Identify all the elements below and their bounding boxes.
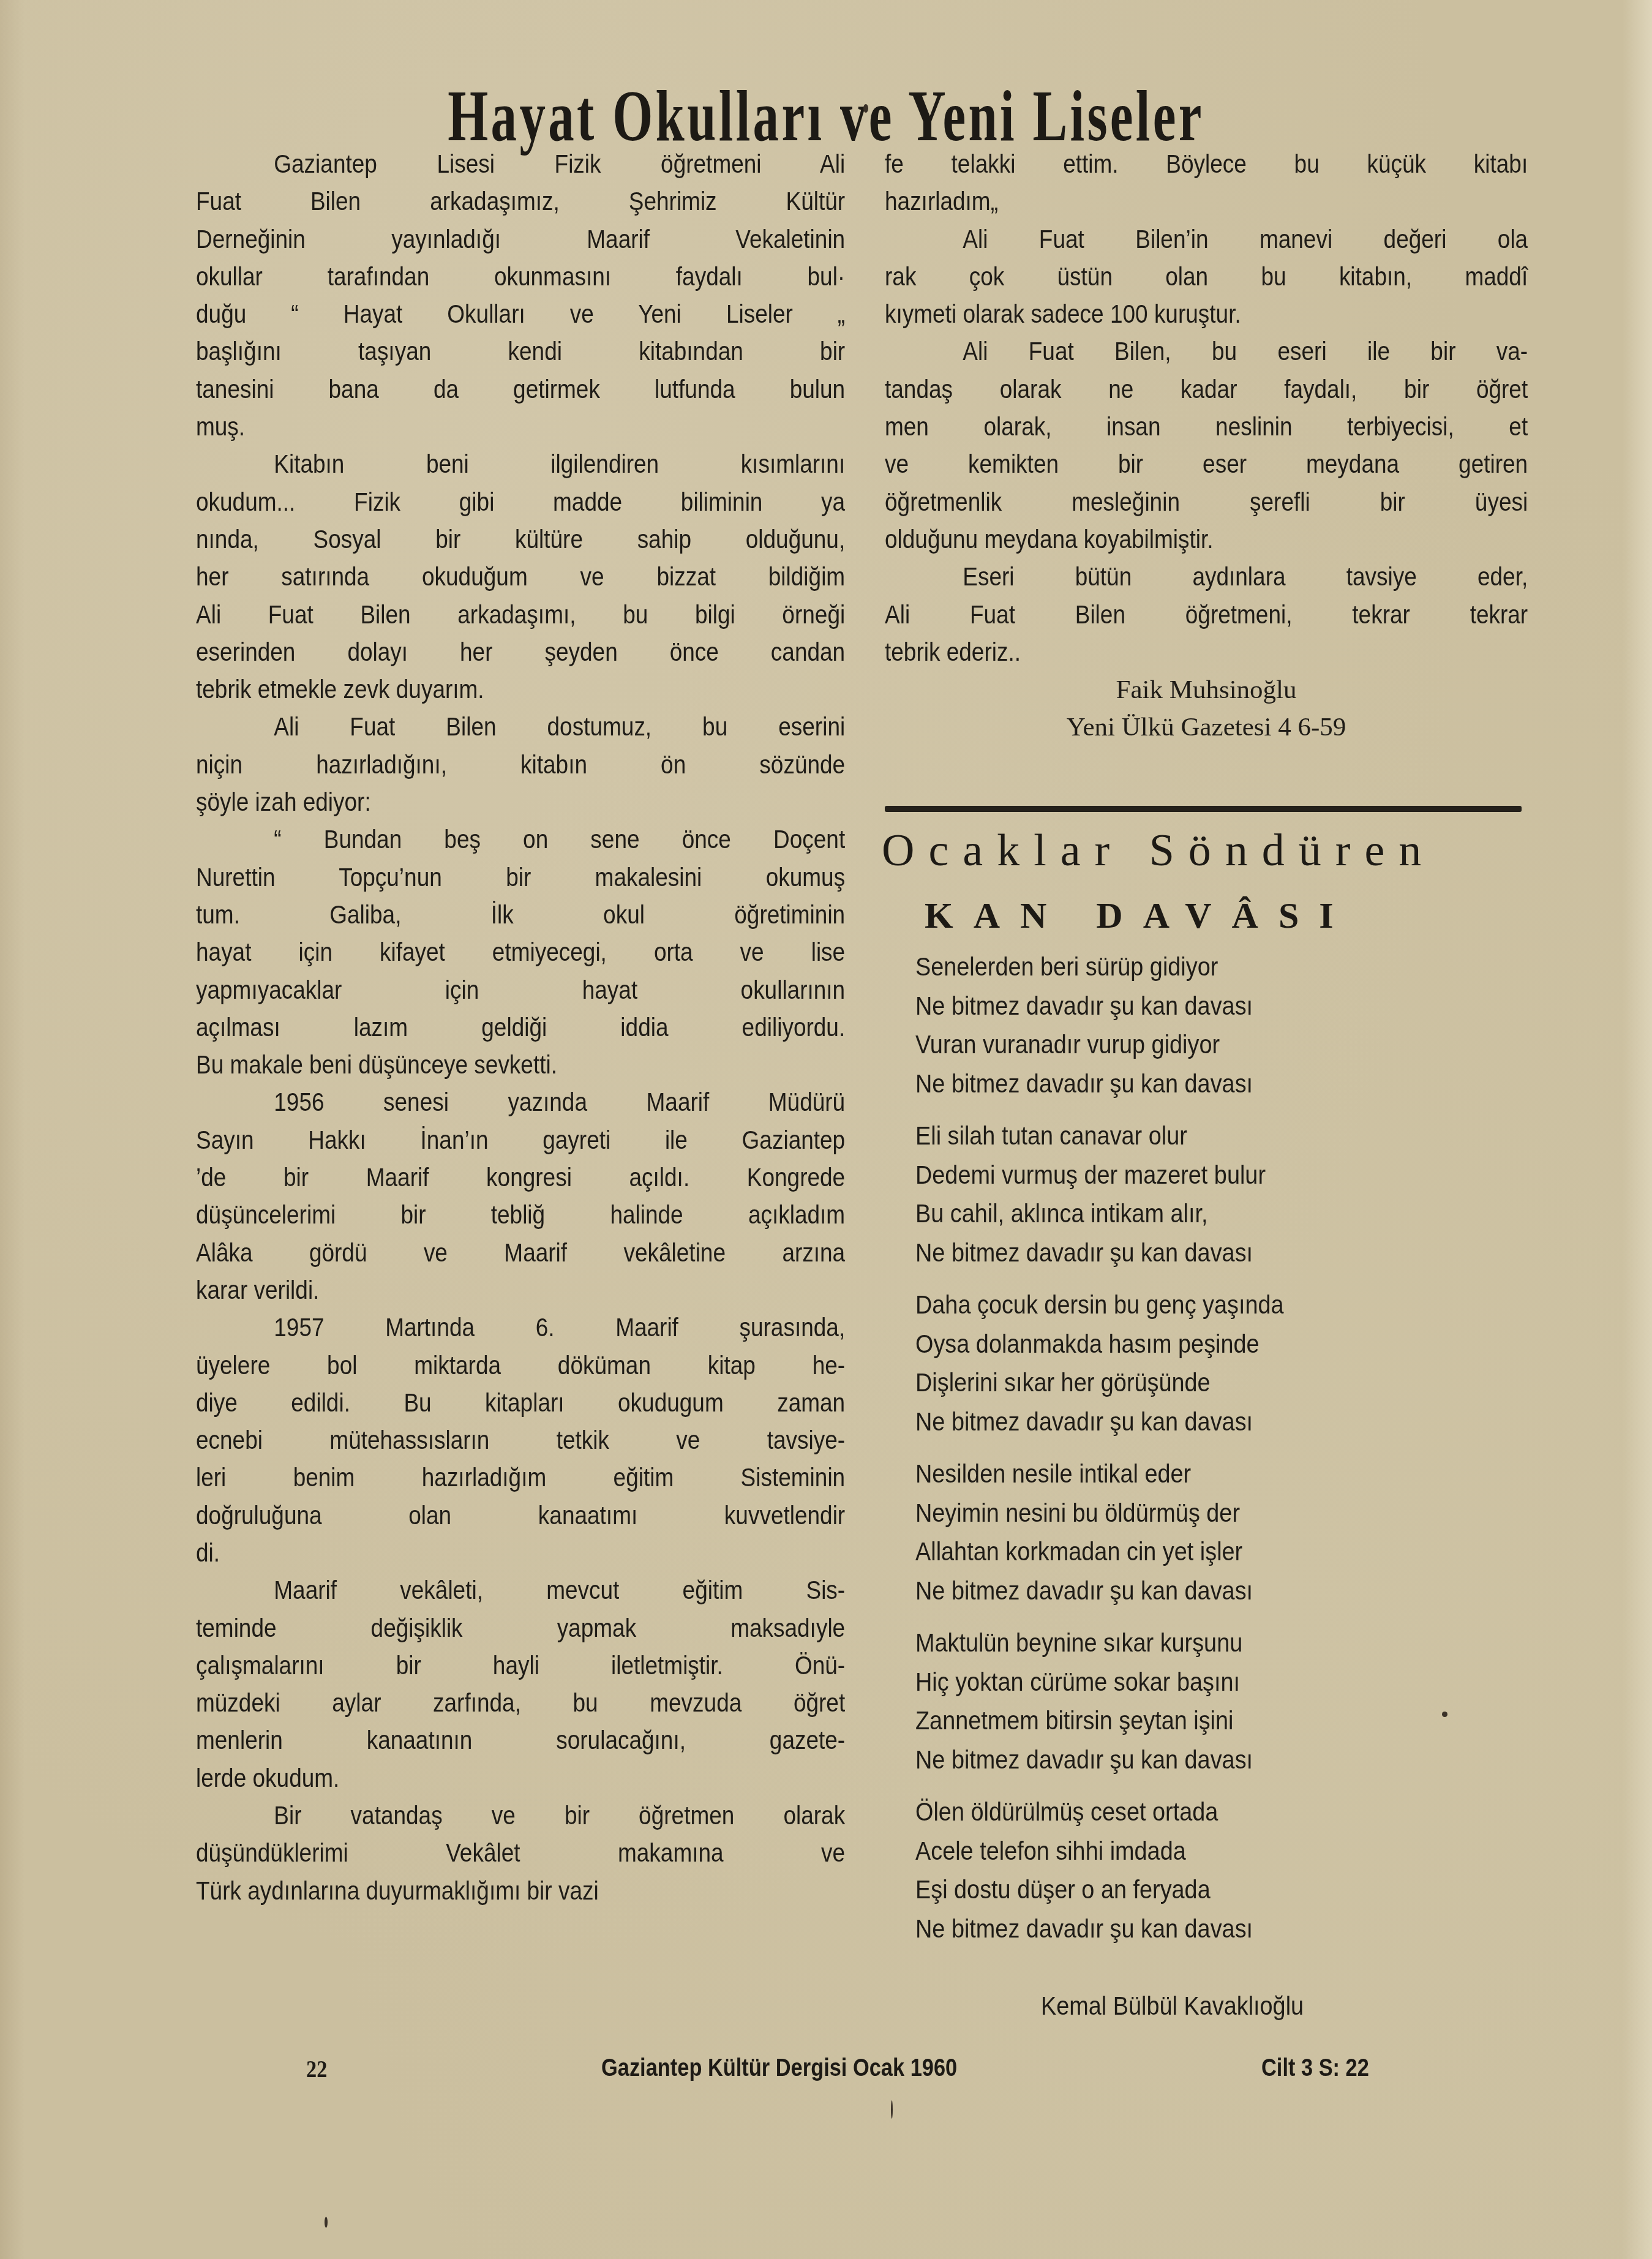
- page-title: Hayat Okulları ve Yeni Liseler: [231, 80, 1421, 152]
- article-source: Yeni Ülkü Gazetesi 4 6-59: [885, 709, 1528, 746]
- poem-stanza: Nesilden nesile intikal ederNeyimin nesi…: [915, 1455, 1497, 1611]
- text-line: Ali Fuat Bilen arkadaşımı, bu bilgi örne…: [196, 596, 845, 634]
- text-line: Derneğinin yayınladığı Maarif Vekaletini…: [196, 221, 845, 258]
- text-line: tebrik ederiz..: [885, 634, 1528, 671]
- poem-verse: Ne bitmez davadır şu kan davası: [915, 1741, 1427, 1780]
- text-line: Bu makale beni düşünceye sevketti.: [196, 1047, 845, 1084]
- page-footer: 22 Gaziantep Kültür Dergisi Ocak 1960 Ci…: [0, 2054, 1652, 2091]
- text-line: Fuat Bilen arkadaşımız, Şehrimiz Kültür: [196, 183, 845, 220]
- poem-verse: Zannetmem bitirsin şeytan işini: [915, 1702, 1427, 1741]
- poem-verse: Oysa dolanmakda hasım peşinde: [915, 1325, 1427, 1364]
- paper-speck: [325, 2217, 328, 2228]
- poem-verse: Ne bitmez davadır şu kan davası: [915, 1403, 1427, 1442]
- text-line: tum. Galiba, İlk okul öğretiminin: [196, 896, 845, 934]
- article-paragraph: “ Bundan beş on sene önce DoçentNurettin…: [196, 821, 845, 1084]
- poem-verse: Ölen öldürülmüş ceset ortada: [915, 1793, 1427, 1832]
- text-line: hazırladım„: [885, 183, 1528, 220]
- text-line: Gaziantep Lisesi Fizik öğretmeni Ali: [196, 146, 845, 183]
- text-line: rak çok üstün olan bu kitabın, maddî: [885, 258, 1528, 296]
- article-paragraph: fe telakki ettim. Böylece bu küçük kitab…: [885, 146, 1528, 221]
- section-divider: [885, 806, 1522, 812]
- text-line: üyelere bol miktarda döküman kitap he-: [196, 1347, 845, 1385]
- text-line: Ali Fuat Bilen dostumuz, bu eserini: [196, 709, 845, 746]
- text-line: ’de bir Maarif kongresi açıldı. Kongrede: [196, 1159, 845, 1197]
- text-line: Ali Fuat Bilen’in manevi değeri ola: [885, 221, 1528, 258]
- article-right-column: fe telakki ettim. Böylece bu küçük kitab…: [885, 146, 1528, 746]
- poem-verse: Acele telefon sihhi imdada: [915, 1832, 1427, 1871]
- text-line: karar verildi.: [196, 1272, 845, 1309]
- article-paragraph: 1956 senesi yazında Maarif MüdürüSayın H…: [196, 1084, 845, 1309]
- poem-verse: Ne bitmez davadır şu kan davası: [915, 987, 1427, 1026]
- paper-speck: [1442, 1712, 1447, 1717]
- poem-verse: Ne bitmez davadır şu kan davası: [915, 1910, 1427, 1949]
- poem-verse: Eşi dostu düşer o an feryada: [915, 1871, 1427, 1910]
- poem-subtitle: KAN DAVÂSI: [925, 897, 1476, 934]
- poem-verse: Allahtan korkmadan cin yet işler: [915, 1533, 1427, 1572]
- text-line: tandaş olarak ne kadar faydalı, bir öğre…: [885, 371, 1528, 408]
- text-line: muş.: [196, 408, 845, 446]
- text-line: başlığını taşıyan kendi kitabından bir: [196, 333, 845, 370]
- article-paragraph: Ali Fuat Bilen dostumuz, bu eserininiçin…: [196, 709, 845, 821]
- text-line: di.: [196, 1535, 845, 1572]
- text-line: Sayın Hakkı İnan’ın gayreti ile Gaziante…: [196, 1122, 845, 1159]
- poem-verse: Dedemi vurmuş der mazeret bulur: [915, 1156, 1427, 1195]
- poem-verse: Ne bitmez davadır şu kan davası: [915, 1572, 1427, 1611]
- text-line: kıymeti olarak sadece 100 kuruştur.: [885, 296, 1528, 333]
- text-line: men olarak, insan neslinin terbiyecisi, …: [885, 408, 1528, 446]
- text-line: düşüncelerimi bir tebliğ halinde açıklad…: [196, 1197, 845, 1234]
- text-line: niçin hazırladığını, kitabın ön sözünde: [196, 746, 845, 784]
- text-line: leri benim hazırladığım eğitim Sistemini…: [196, 1459, 845, 1497]
- text-line: duğu “ Hayat Okulları ve Yeni Liseler „: [196, 296, 845, 333]
- text-line: teminde değişiklik yapmak maksadıyle: [196, 1610, 845, 1647]
- text-line: Maarif vekâleti, mevcut eğitim Sis-: [196, 1572, 845, 1609]
- text-line: ve kemikten bir eser meydana getiren: [885, 446, 1528, 483]
- text-line: ecnebi mütehassısların tetkik ve tavsiye…: [196, 1422, 845, 1459]
- text-line: eserinden dolayı her şeyden önce candan: [196, 634, 845, 671]
- article-author: Faik Muhsinoğlu: [885, 671, 1528, 709]
- poem-stanza: Maktulün beynine sıkar kurşunuHiç yoktan…: [915, 1624, 1497, 1780]
- text-line: açılması lazım geldiği iddia ediliyordu.: [196, 1009, 845, 1047]
- poem-verse: Bu cahil, aklınca intikam alır,: [915, 1195, 1427, 1234]
- publication-name: Gaziantep Kültür Dergisi Ocak 1960: [601, 2054, 957, 2082]
- text-line: doğruluğuna olan kanaatımı kuvvetlendir: [196, 1497, 845, 1535]
- page-number: 22: [306, 2054, 327, 2083]
- text-line: fe telakki ettim. Böylece bu küçük kitab…: [885, 146, 1528, 183]
- poem-stanza: Senelerden beri sürüp gidiyorNe bitmez d…: [915, 948, 1497, 1103]
- poem-verse: Daha çocuk dersin bu genç yaşında: [915, 1286, 1427, 1325]
- poem-verse: Vuran vuranadır vurup gidiyor: [915, 1026, 1427, 1065]
- article-paragraph: Kitabın beni ilgilendiren kısımlarınıoku…: [196, 446, 845, 709]
- text-line: tanesini bana da getirmek lutfunda bulun: [196, 371, 845, 408]
- text-line: menlerin kanaatının sorulacağını, gazete…: [196, 1722, 845, 1759]
- text-line: Eseri bütün aydınlara tavsiye eder,: [885, 558, 1528, 596]
- poem-author: Kemal Bülbül Kavaklıoğlu: [1041, 1991, 1304, 2021]
- poem-verse: Maktulün beynine sıkar kurşunu: [915, 1624, 1427, 1663]
- poem-title: Ocaklar Söndüren: [882, 828, 1531, 873]
- text-line: okullar tarafından okunmasını faydalı bu…: [196, 258, 845, 296]
- text-line: Türk aydınlarına duyurmaklığımı bir vazi: [196, 1873, 845, 1910]
- text-line: öğretmenlik mesleğinin şerefli bir üyesi: [885, 484, 1528, 521]
- article-paragraph: 1957 Martında 6. Maarif şurasında,üyeler…: [196, 1309, 845, 1572]
- text-line: müzdeki aylar zarfında, bu mevzuda öğret: [196, 1685, 845, 1722]
- poem-verse: Hiç yoktan cürüme sokar başını: [915, 1663, 1427, 1702]
- text-line: nında, Sosyal bir kültüre sahip olduğunu…: [196, 521, 845, 558]
- poem-stanza: Eli silah tutan canavar olurDedemi vurmu…: [915, 1117, 1497, 1272]
- poem-body: Senelerden beri sürüp gidiyorNe bitmez d…: [915, 948, 1497, 1962]
- article-paragraph: Ali Fuat Bilen’in manevi değeri olarak ç…: [885, 221, 1528, 334]
- article-paragraph: Ali Fuat Bilen, bu eseri ile bir va-tand…: [885, 333, 1528, 558]
- poem-verse: Nesilden nesile intikal eder: [915, 1455, 1427, 1494]
- text-line: Ali Fuat Bilen öğretmeni, tekrar tekrar: [885, 596, 1528, 634]
- poem-verse: Senelerden beri sürüp gidiyor: [915, 948, 1427, 987]
- paper-speck: [891, 2100, 893, 2119]
- text-line: Nurettin Topçu’nun bir makalesini okumuş: [196, 859, 845, 896]
- poem-verse: Dişlerini sıkar her görüşünde: [915, 1364, 1427, 1403]
- text-line: çalışmalarını bir hayli iletletmiştir. Ö…: [196, 1647, 845, 1685]
- article-paragraph: Gaziantep Lisesi Fizik öğretmeni AliFuat…: [196, 146, 845, 446]
- text-line: “ Bundan beş on sene önce Doçent: [196, 821, 845, 859]
- text-line: 1956 senesi yazında Maarif Müdürü: [196, 1084, 845, 1121]
- text-line: olduğunu meydana koyabilmiştir.: [885, 521, 1528, 558]
- text-line: diye edildi. Bu kitapları okudugum zaman: [196, 1385, 845, 1422]
- poem-stanza: Daha çocuk dersin bu genç yaşındaOysa do…: [915, 1286, 1497, 1441]
- article-left-column: Gaziantep Lisesi Fizik öğretmeni AliFuat…: [196, 146, 845, 1910]
- poem-verse: Ne bitmez davadır şu kan davası: [915, 1234, 1427, 1273]
- poem-verse: Neyimin nesini bu öldürmüş der: [915, 1494, 1427, 1533]
- text-line: okudum... Fizik gibi madde biliminin ya: [196, 484, 845, 521]
- article-paragraph: Bir vatandaş ve bir öğretmen olarakdüşün…: [196, 1797, 845, 1910]
- text-line: Kitabın beni ilgilendiren kısımlarını: [196, 446, 845, 483]
- poem-stanza: Ölen öldürülmüş ceset ortadaAcele telefo…: [915, 1793, 1497, 1949]
- article-paragraph: Eseri bütün aydınlara tavsiye eder,Ali F…: [885, 558, 1528, 671]
- text-line: tebrik etmekle zevk duyarım.: [196, 671, 845, 709]
- paper-speck: [863, 104, 868, 113]
- text-line: her satırında okuduğum ve bizzat bildiği…: [196, 558, 845, 596]
- text-line: lerde okudum.: [196, 1760, 845, 1797]
- text-line: hayat için kifayet etmiyecegi, orta ve l…: [196, 934, 845, 971]
- poem-verse: Eli silah tutan canavar olur: [915, 1117, 1427, 1156]
- poem-verse: Ne bitmez davadır şu kan davası: [915, 1065, 1427, 1104]
- text-line: Bir vatandaş ve bir öğretmen olarak: [196, 1797, 845, 1835]
- article-paragraph: Maarif vekâleti, mevcut eğitim Sis-temin…: [196, 1572, 845, 1797]
- text-line: yapmıyacaklar için hayat okullarının: [196, 972, 845, 1009]
- volume-issue: Cilt 3 S: 22: [1261, 2054, 1369, 2082]
- text-line: şöyle izah ediyor:: [196, 784, 845, 821]
- text-line: düşündüklerimi Vekâlet makamına ve: [196, 1835, 845, 1872]
- text-line: 1957 Martında 6. Maarif şurasında,: [196, 1309, 845, 1347]
- text-line: Alâka gördü ve Maarif vekâletine arzına: [196, 1235, 845, 1272]
- text-line: Ali Fuat Bilen, bu eseri ile bir va-: [885, 333, 1528, 370]
